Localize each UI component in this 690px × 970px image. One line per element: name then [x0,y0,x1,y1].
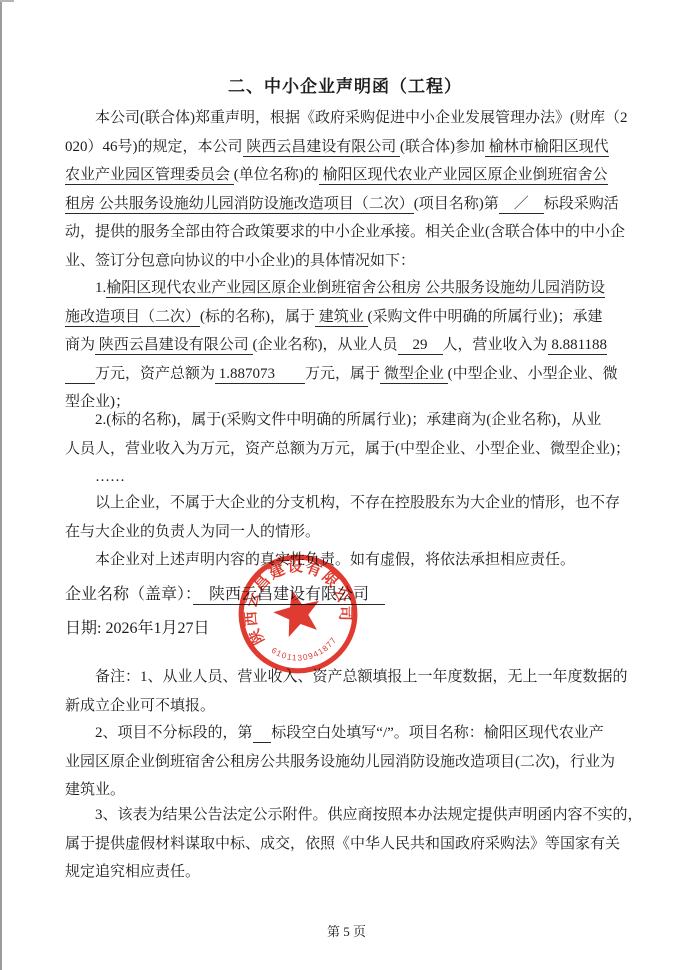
text-line: 第 5 页 [65,918,628,947]
static-text: …… [95,469,125,485]
static-text: 商为 [65,337,95,353]
text-line: 2、项目不分标段的，第 标段空白处填写“/”。项目名称：榆阳区现代农业产 [65,719,628,748]
text-line: 动，提供的服务全部由符合政策要求的中小企业承接。相关企业(含联合体中的中小企 [65,218,628,247]
static-text: 属于提供虚假材料谋取中标、成交，依照《中华人民共和国政府采购法》等国家有关 [65,836,620,852]
filled-blank-text [65,366,95,384]
static-text: 1. [95,280,106,296]
static-text: 第 5 页 [327,924,366,939]
static-text: 3、该表为结果公告法定公示附件。供应商按照本办法规定提供声明函内容不实的， [95,807,643,823]
note-3: 3、该表为结果公告法定公示附件。供应商按照本办法规定提供声明函内容不实的，属于提… [65,801,628,887]
text-line: 属于提供虚假材料谋取中标、成交，依照《中华人民共和国政府采购法》等国家有关 [65,830,628,859]
text-line: 人员人，营业收入为万元，资产总额为万元，属于(中型企业、小型企业、微型企业)； [65,435,628,464]
paragraph-item-1: 1.榆阳区现代农业产业园区原企业倒班宿舍公租房 公共服务设施幼儿园消防设施改造项… [65,274,628,417]
filled-blank-text: 陕西云昌建设有限公司 [95,337,253,355]
text-line: 业园区原企业倒班宿舍公租房公共服务设施幼儿园消防设施改造项目(二次)，行业为 [65,748,628,777]
text-line: 2.(标的名称)，属于(采购文件中明确的所属行业)；承建商为(企业名称)，从业 [65,406,628,435]
filled-blank-text: 1.887073 [215,366,305,384]
static-text: (采购文件中明确的所属行业)；承建 [368,309,603,325]
static-text: 标段采购活 [544,196,619,212]
text-line: 万元，资产总额为 1.887073 万元，属于 微型企业 (中型企业、小型企业、… [65,360,628,389]
text-line: 施改造项目（二次）(标的名称)，属于 建筑业 (采购文件中明确的所属行业)；承建 [65,303,628,332]
text-line: 商为 陕西云昌建设有限公司 (企业名称)，从业人员 29 人，营业收入为 8.8… [65,331,628,360]
filled-blank-text: ／ [499,196,544,214]
filled-blank-text: 29 [398,337,443,355]
text-line: 业、签订分包意向协议的中小企业)的具体情况如下： [65,247,628,276]
static-text: (联合体)参加 [400,139,485,155]
filled-blank-text: 建筑业 [315,309,368,327]
scan-edge-line [0,0,2,970]
static-text: 在与大企业的负责人为同一人的情形。 [65,524,320,540]
static-text: 动，提供的服务全部由符合政策要求的中小企业承接。相关企业(含联合体中的中小企 [65,224,625,240]
static-text: (项目名称)第 [414,196,499,212]
static-text: 备注：1、从业人员、营业收入、资产总额填报上一年度数据，无上一年度数据的 [95,669,628,685]
filled-blank-text: 榆阳区现代农业产业园区原企业倒班宿舍公 [319,167,608,185]
scan-edge-corner [0,0,14,2]
filled-blank-text: 8.881188 [548,337,607,355]
company-seal: 陕西云昌建设有限公司 6101130941877 [236,552,360,676]
static-text: 2.(标的名称)，属于(采购文件中明确的所属行业)；承建商为(企业名称)，从业 [95,412,601,428]
filled-blank-text: 农业产业园区管理委员会 [65,167,234,185]
filled-blank-text: 陕西云昌建设有限公司 [243,139,401,157]
document-page: 二、中小企业声明函（工程） 本公司(联合体)郑重声明，根据《政府采购促进中小企业… [0,0,690,970]
text-line: 1.榆阳区现代农业产业园区原企业倒班宿舍公租房 公共服务设施幼儿园消防设 [65,274,628,303]
text-line: 020）46号)的规定，本公司 陕西云昌建设有限公司 (联合体)参加 榆林市榆阳… [65,133,628,162]
paragraph-declaration: 本公司(联合体)郑重声明，根据《政府采购促进中小企业发展管理办法》(财库（202… [65,104,628,275]
text-line: 规定追究相应责任。 [65,858,628,887]
static-text: (标的名称)，属于 [200,309,315,325]
static-text: 以上企业，不属于大企业的分支机构，不存在控股股东为大企业的情形，也不存 [95,495,620,511]
static-text: 万元，属于 [305,366,380,382]
seal-number-text: 6101130941877 [268,630,342,670]
text-line: 3、该表为结果公告法定公示附件。供应商按照本办法规定提供声明函内容不实的， [65,801,628,830]
document-title: 二、中小企业声明函（工程） [0,72,690,97]
seal-star-icon [269,584,326,639]
text-line: 以上企业，不属于大企业的分支机构，不存在控股股东为大企业的情形，也不存 [65,489,628,518]
text-line: 农业产业园区管理委员会 (单位名称)的 榆阳区现代农业产业园区原企业倒班宿舍公 [65,161,628,190]
paragraph-item-2: 2.(标的名称)，属于(采购文件中明确的所属行业)；承建商为(企业名称)，从业人… [65,406,628,492]
text-line: 本公司(联合体)郑重声明，根据《政府采购促进中小企业发展管理办法》(财库（2 [65,104,628,133]
filled-blank-text: 榆阳区现代农业产业园区原企业倒班宿舍公租房 公共服务设施幼儿园消防设 [106,280,605,298]
static-text: 020）46号)的规定，本公司 [65,139,243,155]
note-2: 2、项目不分标段的，第 标段空白处填写“/”。项目名称：榆阳区现代农业产业园区原… [65,719,628,805]
filled-blank-text [253,725,272,743]
static-text: (单位名称)的 [234,167,319,183]
filled-blank-text: 租房 公共服务设施幼儿园消防设施改造项目（二次） [65,196,414,214]
filled-blank-text: 榆林市榆阳区现代 [485,139,609,157]
filled-blank-text: 微型企业 [380,366,448,384]
static-text: 人员人，营业收入为万元，资产总额为万元，属于(中型企业、小型企业、微型企业)； [65,441,630,457]
static-text: 人，营业收入为 [443,337,548,353]
text-line: 新成立企业可不填报。 [65,692,628,721]
static-text: 企业名称（盖章）： [65,586,193,603]
static-text: (中型企业、小型企业、微 [448,366,618,382]
filled-blank-text: 施改造项目（二次） [65,309,200,327]
static-text: 业、签订分包意向协议的中小企业)的具体情况如下： [65,253,415,269]
static-text: 建筑业。 [65,782,125,798]
text-line: 租房 公共服务设施幼儿园消防设施改造项目（二次）(项目名称)第 ／ 标段采购活 [65,190,628,219]
static-text: 日期: 2026年1月27日 [65,620,209,637]
page-footer: 第 5 页 [65,918,628,947]
static-text: 标段空白处填写“/”。项目名称：榆阳区现代农业产 [271,725,604,741]
static-text: 新成立企业可不填报。 [65,698,215,714]
static-text: 2、项目不分标段的，第 [95,725,253,741]
text-line: …… [65,463,628,492]
static-text: 本公司(联合体)郑重声明，根据《政府采购促进中小企业发展管理办法》(财库（2 [95,110,628,126]
static-text: 业园区原企业倒班宿舍公租房公共服务设施幼儿园消防设施改造项目(二次)，行业为 [65,754,615,770]
text-line: 在与大企业的负责人为同一人的情形。 [65,518,628,547]
static-text: (企业名称)，从业人员 [253,337,398,353]
static-text: 万元，资产总额为 [95,366,215,382]
static-text: 规定追究相应责任。 [65,864,200,880]
paragraph-no-large-enterprise: 以上企业，不属于大企业的分支机构，不存在控股股东为大企业的情形，也不存在与大企业… [65,489,628,546]
seal-graphic: 陕西云昌建设有限公司 6101130941877 [236,552,360,676]
